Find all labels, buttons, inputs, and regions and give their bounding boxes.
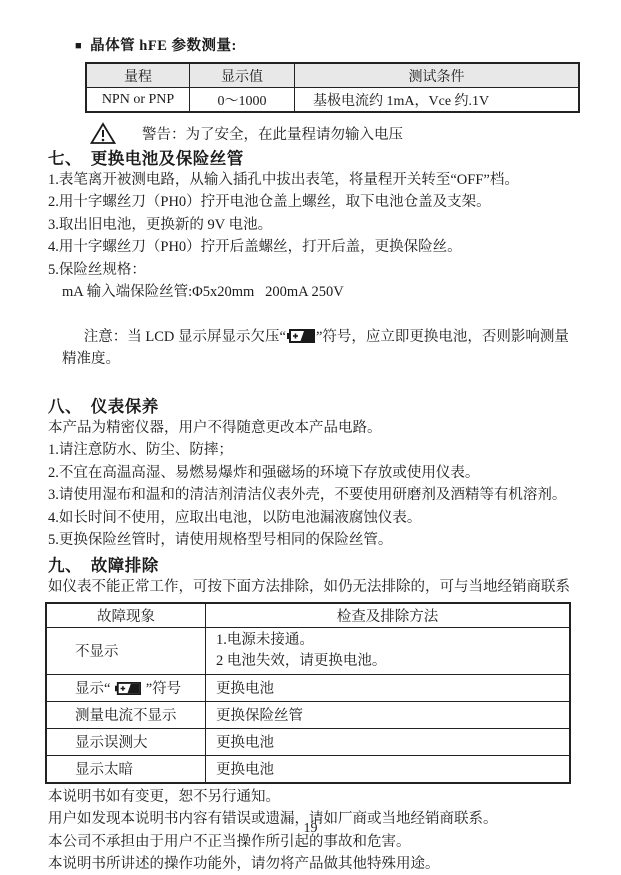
- fault-symptom: 不显示: [46, 627, 206, 674]
- hfe-col-display: 显示值: [190, 63, 295, 88]
- low-battery-icon: [115, 682, 141, 695]
- section7-item: 3.取出旧电池，更换新的 9V 电池。: [48, 214, 580, 236]
- fault-symptom: 显示误测大: [46, 728, 206, 755]
- note-text-before: 注意：当 LCD 显示屏显示欠压“: [84, 329, 286, 345]
- fault-remedy: 1.电源未接通。 2 电池失效，请更换电池。: [206, 627, 571, 674]
- section7-item: 1.表笔离开被测电路，从输入插孔中拔出表笔，将量程开关转至“OFF”档。: [48, 169, 580, 191]
- section9-heading: 九、 故障排除: [48, 552, 580, 576]
- section8-item: 1.请注意防水、防尘、防摔；: [48, 439, 580, 461]
- hfe-table: 量程 显示值 测试条件 NPN or PNP 0～1000 基极电流约 1mA，…: [85, 62, 580, 113]
- symptom-text-before: 显示“: [75, 681, 114, 697]
- fault-row-wrong-reading: 显示误测大 更换电池: [46, 728, 570, 755]
- symptom-text-after: ”符号: [142, 681, 181, 697]
- fault-row-dim-display: 显示太暗 更换电池: [46, 755, 570, 783]
- fault-remedy: 更换保险丝管: [206, 701, 571, 728]
- section7-item: 5.保险丝规格：: [48, 259, 580, 281]
- fault-remedy-line: 2 电池失效，请更换电池。: [216, 651, 559, 672]
- fault-remedy: 更换电池: [206, 755, 571, 783]
- fault-col-symptom: 故障现象: [46, 603, 206, 628]
- fault-row-no-display: 不显示 1.电源未接通。 2 电池失效，请更换电池。: [46, 627, 570, 674]
- warning-line: 警告：为了安全，在此量程请勿输入电压: [90, 122, 580, 145]
- hfe-display-value: 0～1000: [190, 88, 295, 113]
- hfe-section-title: ■晶体管 hFE 参数测量:: [75, 34, 580, 55]
- lcd-low-battery-note: 注意：当 LCD 显示屏显示欠压“ ”符号，应立即更换电池，否则影响测量精准度。: [62, 303, 580, 393]
- warning-text: 警告：为了安全，在此量程请勿输入电压: [142, 123, 403, 144]
- fault-row-no-current: 测量电流不显示 更换保险丝管: [46, 701, 570, 728]
- page-number: 19: [0, 821, 621, 837]
- section7-heading: 七、 更换电池及保险丝管: [48, 145, 580, 169]
- hfe-col-condition: 测试条件: [295, 63, 580, 88]
- section7-item: 2.用十字螺丝刀（PH0）拧开电池仓盖上螺丝，取下电池仓盖及支架。: [48, 191, 580, 213]
- section7-item: 4.用十字螺丝刀（PH0）拧开后盖螺丝，打开后盖，更换保险丝。: [48, 236, 580, 258]
- section9-intro: 如仪表不能正常工作，可按下面方法排除，如仍无法排除的，可与当地经销商联系: [48, 576, 580, 598]
- section8-heading: 八、 仪表保养: [48, 393, 580, 417]
- hfe-condition-value: 基极电流约 1mA，Vce 约.1V: [295, 88, 580, 113]
- hfe-title-text: 晶体管 hFE 参数测量:: [90, 38, 237, 54]
- fault-col-remedy: 检查及排除方法: [206, 603, 571, 628]
- section8-item: 4.如长时间不使用，应取出电池，以防电池漏液腐蚀仪表。: [48, 507, 580, 529]
- fault-remedy: 更换电池: [206, 728, 571, 755]
- fuse-spec: mA 输入端保险丝管:Φ5x20mm 200mA 250V: [62, 281, 580, 303]
- section8-intro: 本产品为精密仪器，用户不得随意更改本产品电路。: [48, 417, 580, 439]
- fault-symptom: 显示“ ”符号: [46, 674, 206, 701]
- section8-item: 3.请使用湿布和温和的清洁剂清洁仪表外壳，不要使用研磨剂及酒精等有机溶剂。: [48, 484, 580, 506]
- footer-line: 本说明书所讲述的操作功能外，请勿将产品做其他特殊用途。: [48, 853, 580, 875]
- low-battery-icon: [287, 329, 315, 343]
- hfe-table-header-row: 量程 显示值 测试条件: [86, 63, 579, 88]
- fault-symptom: 测量电流不显示: [46, 701, 206, 728]
- fault-remedy: 更换电池: [206, 674, 571, 701]
- fault-table: 故障现象 检查及排除方法 不显示 1.电源未接通。 2 电池失效，请更换电池。 …: [45, 602, 571, 784]
- manual-page: ■晶体管 hFE 参数测量: 量程 显示值 测试条件 NPN or PNP 0～…: [0, 0, 621, 875]
- square-bullet-icon: ■: [75, 40, 82, 52]
- fault-remedy-line: 1.电源未接通。: [216, 630, 559, 651]
- warning-triangle-icon: [90, 122, 116, 145]
- fault-symptom: 显示太暗: [46, 755, 206, 783]
- section8-item: 2.不宜在高温高湿、易燃易爆炸和强磁场的环境下存放或使用仪表。: [48, 462, 580, 484]
- fault-table-header-row: 故障现象 检查及排除方法: [46, 603, 570, 628]
- section8-item: 5.更换保险丝管时，请使用规格型号相同的保险丝管。: [48, 529, 580, 551]
- hfe-col-range: 量程: [86, 63, 190, 88]
- fault-row-battery-symbol: 显示“ ”符号 更换电池: [46, 674, 570, 701]
- hfe-table-data-row: NPN or PNP 0～1000 基极电流约 1mA，Vce 约.1V: [86, 88, 579, 113]
- hfe-range-value: NPN or PNP: [86, 88, 190, 113]
- footer-line: 本说明书如有变更，恕不另行通知。: [48, 786, 580, 808]
